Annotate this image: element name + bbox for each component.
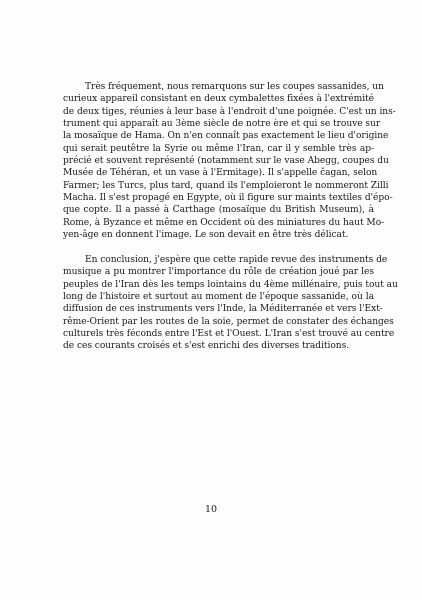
text-line: de deux tiges, réunies à leur base à l'e… bbox=[63, 106, 374, 118]
text-line: rême-Orient par les routes de la soie, p… bbox=[63, 316, 374, 328]
page-number: 10 bbox=[0, 504, 422, 515]
paragraph-conclusion: En conclusion, j'espère que cette rapide… bbox=[63, 254, 374, 353]
text-line: Macha. Il s'est propagé en Egypte, où il… bbox=[63, 192, 374, 204]
text-line: culturels très féconds entre l'Est et l'… bbox=[63, 328, 374, 340]
text-line: précié et souvent représenté (notamment … bbox=[63, 155, 374, 167]
text-line: qui serait peutêtre la Syrie ou même l'I… bbox=[63, 143, 374, 155]
text-line: la mosaïque de Hama. On n'en connaît pas… bbox=[63, 130, 374, 142]
text-line: trument qui apparaît au 3ème siècle de n… bbox=[63, 118, 374, 130]
text-line: long de l'histoire et surtout au moment … bbox=[63, 291, 374, 303]
text-line: de ces courants croisés et s'est enrichi… bbox=[63, 340, 374, 352]
text-line: Rome, à Byzance et même en Occident où d… bbox=[63, 217, 374, 229]
text-line: peuples de l'Iran dès les temps lointain… bbox=[63, 279, 374, 291]
text-line: Musée de Téhéran, et un vase à l'Ermitag… bbox=[63, 167, 374, 179]
text-line: yen-âge en donnent l'image. Le son devai… bbox=[63, 229, 374, 241]
body-text: Très fréquement, nous remarquons sur les… bbox=[63, 81, 374, 353]
text-line: Farmer; les Turcs, plus tard, quand ils … bbox=[63, 180, 374, 192]
text-line: que copte. Il a passé à Carthage (mosaïq… bbox=[63, 204, 374, 216]
text-line: musique a pu montrer l'importance du rôl… bbox=[63, 266, 374, 278]
text-line: En conclusion, j'espère que cette rapide… bbox=[63, 254, 374, 266]
paragraph-cymbals: Très fréquement, nous remarquons sur les… bbox=[63, 81, 374, 241]
document-page: Très fréquement, nous remarquons sur les… bbox=[0, 0, 422, 600]
text-line: diffusion de ces instruments vers l'Inde… bbox=[63, 303, 374, 315]
text-line: curieux appareil consistant en deux cymb… bbox=[63, 93, 374, 105]
text-line: Très fréquement, nous remarquons sur les… bbox=[63, 81, 374, 93]
